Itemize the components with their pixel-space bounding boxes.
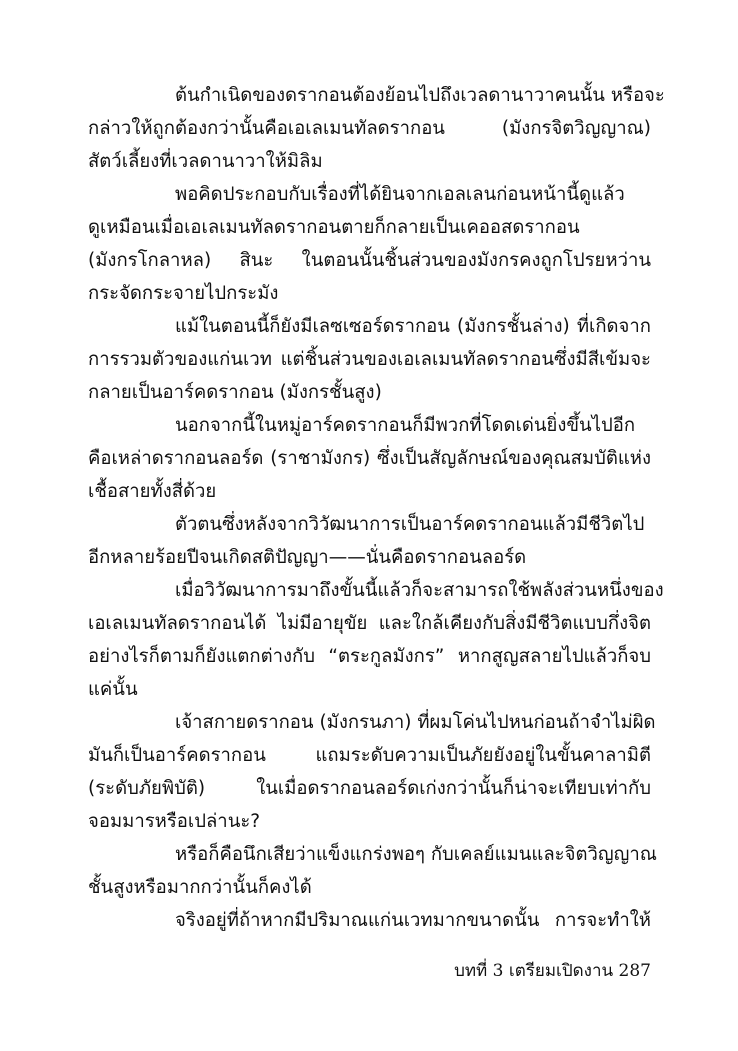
text-line: อีกหลายร้อยปีจนเกิดสติปัญญา——นั่นคือดราก… [88,541,651,574]
running-footer: บทที่ 3 เตรียมเปิดงาน 287 [454,956,651,986]
book-page: ต้นกำเนิดของดรากอนต้องย้อนไปถึงเวลดานาวา… [0,0,738,1051]
text-line: อย่างไรก็ตามก็ยังแตกต่างกับ “ตระกูลมังกร… [88,640,651,673]
paragraph: นอกจากนี้ในหมู่อาร์คดรากอนก็มีพวกที่โดดเ… [88,409,651,508]
text-line: การรวมตัวของแก่นเวท แต่ชิ้นส่วนของเอเลเม… [88,343,651,376]
text-line: กระจัดกระจายไปกระมัง [88,277,651,310]
paragraph: หรือก็คือนึกเสียว่าแข็งแกร่งพอๆ กับเคลย์… [88,838,651,904]
text-line: เมื่อวิวัฒนาการมาถึงขั้นนี้แล้วก็จะสามาร… [88,574,651,607]
paragraph: พอคิดประกอบกับเรื่องที่ได้ยินจากเอลเลนก่… [88,178,651,310]
text-line: จอมมารหรือเปล่านะ? [88,805,651,838]
text-line: สัตว์เลี้ยงที่เวลดานาวาให้มิลิม [88,145,651,178]
paragraph: เจ้าสกายดรากอน (มังกรนภา) ที่ผมโค่นไปหนก… [88,706,651,838]
paragraph: แม้ในตอนนี้ก็ยังมีเลซเซอร์ดรากอน (มังกรช… [88,310,651,409]
text-line: คือเหล่าดรากอนลอร์ด (ราชามังกร) ซึ่งเป็น… [88,442,651,475]
paragraph: เมื่อวิวัฒนาการมาถึงขั้นนี้แล้วก็จะสามาร… [88,574,651,706]
text-line: กลายเป็นอาร์คดรากอน (มังกรชั้นสูง) [88,376,651,409]
paragraph: จริงอยู่ที่ถ้าหากมีปริมาณแก่นเวทมากขนาดน… [88,904,651,937]
text-line: แม้ในตอนนี้ก็ยังมีเลซเซอร์ดรากอน (มังกรช… [88,310,651,343]
text-line: (ระดับภัยพิบัติ) ในเมื่อดรากอนลอร์ดเก่งก… [88,772,651,805]
text-line: ชั้นสูงหรือมากกว่านั้นก็คงได้ [88,871,651,904]
text-line: หรือก็คือนึกเสียว่าแข็งแกร่งพอๆ กับเคลย์… [88,838,651,871]
text-line: (มังกรโกลาหล) สินะ ในตอนนั้นชิ้นส่วนของม… [88,244,651,277]
text-line: ตัวตนซึ่งหลังจากวิวัฒนาการเป็นอาร์คดรากอ… [88,508,651,541]
paragraph: ตัวตนซึ่งหลังจากวิวัฒนาการเป็นอาร์คดรากอ… [88,508,651,574]
text-line: เจ้าสกายดรากอน (มังกรนภา) ที่ผมโค่นไปหนก… [88,706,651,739]
text-line: แค่นั้น [88,673,651,706]
text-line: ดูเหมือนเมื่อเอเลเมนทัลดรากอนตายก็กลายเป… [88,211,651,244]
text-line: ต้นกำเนิดของดรากอนต้องย้อนไปถึงเวลดานาวา… [88,79,651,112]
text-line: จริงอยู่ที่ถ้าหากมีปริมาณแก่นเวทมากขนาดน… [88,904,651,937]
paragraph: ต้นกำเนิดของดรากอนต้องย้อนไปถึงเวลดานาวา… [88,79,651,178]
text-line: มันก็เป็นอาร์คดรากอน แถมระดับความเป็นภัย… [88,739,651,772]
body-text: ต้นกำเนิดของดรากอนต้องย้อนไปถึงเวลดานาวา… [88,79,651,937]
text-line: พอคิดประกอบกับเรื่องที่ได้ยินจากเอลเลนก่… [88,178,651,211]
text-line: กล่าวให้ถูกต้องกว่านั้นคือเอเลเมนทัลดราก… [88,112,651,145]
text-line: นอกจากนี้ในหมู่อาร์คดรากอนก็มีพวกที่โดดเ… [88,409,651,442]
text-line: เชื้อสายทั้งสี่ด้วย [88,475,651,508]
text-line: เอเลเมนทัลดรากอนได้ ไม่มีอายุขัย และใกล้… [88,607,651,640]
